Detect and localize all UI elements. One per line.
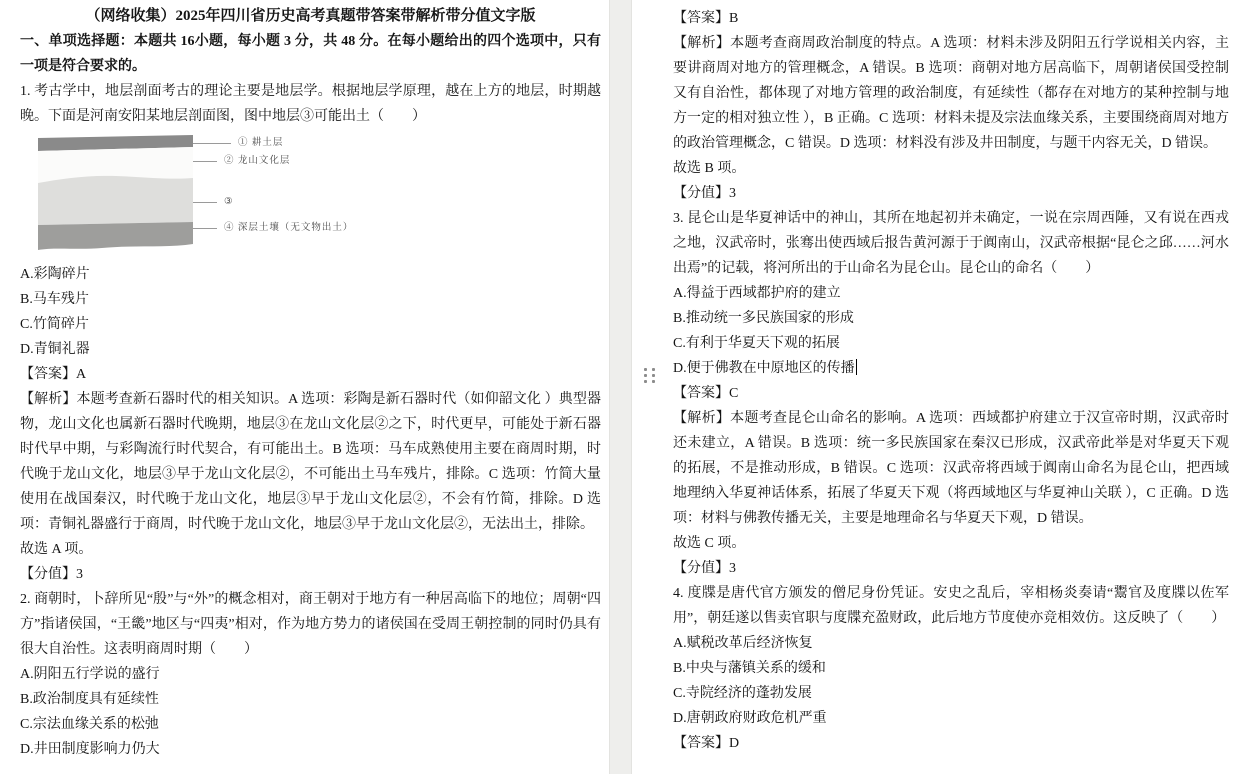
figure-label-1: ① 耕土层 <box>193 137 283 149</box>
page-2-content[interactable]: 【答案】B 【解析】本题考查商周政治制度的特点。A 选项：材料未涉及阴阳五行学说… <box>632 0 1241 756</box>
page-1-content[interactable]: （网络收集）2025年四川省历史高考真题带答案带解析带分值文字版 一、单项选择题… <box>0 0 609 762</box>
q1-option-a[interactable]: A.彩陶碎片 <box>20 262 601 287</box>
q1-analysis[interactable]: 【解析】本题考查新石器时代的相关知识。A 选项：彩陶是新石器时代（如仰韶文化 ）… <box>20 387 601 537</box>
q4-stem[interactable]: 4. 度牒是唐代官方颁发的僧尼身份凭证。安史之乱后，宰相杨炎奏请“鬻官及度牒以佐… <box>673 581 1229 631</box>
q4-answer[interactable]: 【答案】D <box>673 731 1229 756</box>
q2-conclusion[interactable]: 故选 B 项。 <box>673 156 1229 181</box>
q2-answer[interactable]: 【答案】B <box>673 6 1229 31</box>
document-page-2[interactable]: 【答案】B 【解析】本题考查商周政治制度的特点。A 选项：材料未涉及阴阳五行学说… <box>632 0 1241 774</box>
text-cursor-caret <box>856 359 858 375</box>
document-editor-canvas: （网络收集）2025年四川省历史高考真题带答案带解析带分值文字版 一、单项选择题… <box>0 0 1241 774</box>
leader-line <box>193 228 217 229</box>
figure-label-3: ③ <box>193 196 234 208</box>
section-header[interactable]: 一、单项选择题：本题共 16小题，每小题 3 分，共 48 分。在每小题给出的四… <box>20 29 601 79</box>
q3-option-d[interactable]: D.便于佛教在中原地区的传播 <box>673 356 1229 381</box>
document-title[interactable]: （网络收集）2025年四川省历史高考真题带答案带解析带分值文字版 <box>20 4 601 29</box>
q3-stem[interactable]: 3. 昆仑山是华夏神话中的神山，其所在地起初并未确定，一说在宗周西陲，又有说在西… <box>673 206 1229 281</box>
q2-option-d[interactable]: D.井田制度影响力仍大 <box>20 737 601 762</box>
q3-answer[interactable]: 【答案】C <box>673 381 1229 406</box>
q2-stem[interactable]: 2. 商朝时，卜辞所见“殷”与“外”的概念相对，商王朝对于地方有一种居高临下的地… <box>20 587 601 662</box>
q4-option-a[interactable]: A.赋税改革后经济恢复 <box>673 631 1229 656</box>
figure-label-2: ② 龙山文化层 <box>193 155 290 167</box>
document-page-1[interactable]: （网络收集）2025年四川省历史高考真题带答案带解析带分值文字版 一、单项选择题… <box>0 0 609 774</box>
q4-option-c[interactable]: C.寺院经济的蓬勃发展 <box>673 681 1229 706</box>
q1-option-d[interactable]: D.青铜礼器 <box>20 337 601 362</box>
q3-option-b[interactable]: B.推动统一多民族国家的形成 <box>673 306 1229 331</box>
figure-label-4: ④ 深层土壤（无文物出土） <box>193 222 353 234</box>
q1-stem[interactable]: 1. 考古学中，地层剖面考古的理论主要是地层学。根据地层学原理，越在上方的地层，… <box>20 79 601 129</box>
q3-conclusion[interactable]: 故选 C 项。 <box>673 531 1229 556</box>
q4-option-b[interactable]: B.中央与藩镇关系的缓和 <box>673 656 1229 681</box>
q1-option-b[interactable]: B.马车残片 <box>20 287 601 312</box>
q1-option-c[interactable]: C.竹简碎片 <box>20 312 601 337</box>
q3-analysis[interactable]: 【解析】本题考查昆仑山命名的影响。A 选项：西域都护府建立于汉宣帝时期，汉武帝时… <box>673 406 1229 531</box>
q3-option-c[interactable]: C.有利于华夏天下观的拓展 <box>673 331 1229 356</box>
q3-score[interactable]: 【分值】3 <box>673 556 1229 581</box>
q1-score[interactable]: 【分值】3 <box>20 562 601 587</box>
q1-conclusion[interactable]: 故选 A 项。 <box>20 537 601 562</box>
leader-line <box>193 202 217 203</box>
q2-option-a[interactable]: A.阴阳五行学说的盛行 <box>20 662 601 687</box>
paragraph-drag-handle-icon[interactable] <box>642 366 657 385</box>
q2-option-c[interactable]: C.宗法血缘关系的松弛 <box>20 712 601 737</box>
q2-score[interactable]: 【分值】3 <box>673 181 1229 206</box>
leader-line <box>193 161 217 162</box>
leader-line <box>193 143 231 144</box>
q1-answer[interactable]: 【答案】A <box>20 362 601 387</box>
q4-option-d[interactable]: D.唐朝政府财政危机严重 <box>673 706 1229 731</box>
strata-diagram-image <box>38 134 193 252</box>
q3-option-a[interactable]: A.得益于西域都护府的建立 <box>673 281 1229 306</box>
page-gap-divider <box>609 0 632 774</box>
q2-option-b[interactable]: B.政治制度具有延续性 <box>20 687 601 712</box>
strata-figure[interactable]: ① 耕土层 ② 龙山文化层 ③ ④ 深层土壤（无文物出土） <box>38 134 601 254</box>
q2-analysis[interactable]: 【解析】本题考查商周政治制度的特点。A 选项：材料未涉及阴阳五行学说相关内容，主… <box>673 31 1229 156</box>
